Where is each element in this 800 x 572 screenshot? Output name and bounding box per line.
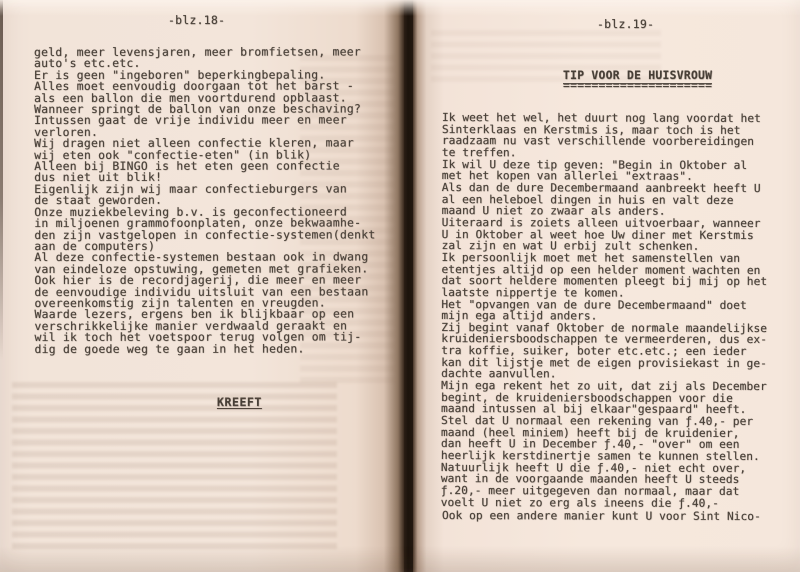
page-left-body-text: geld, meer levensjaren, meer bromfietsen… [34, 46, 376, 355]
page-left: -blz.18- geld, meer levensjaren, meer br… [0, 0, 404, 572]
book-gutter-shadow [404, 0, 413, 572]
page-number-left: -blz.18- [168, 13, 225, 27]
page-right-body-text: Ik weet het wel, het duurt nog lang voor… [441, 112, 768, 509]
page-right: -blz.19- TIP VOOR DE HUISVROUW =========… [413, 0, 800, 572]
page-left-edge-shadow [0, 0, 3, 360]
ink-bleedthrough-bottom [12, 382, 337, 554]
page-bottom-shading [0, 546, 404, 572]
page-number-right: -blz.19- [597, 17, 654, 31]
scanned-book-spread: -blz.18- geld, meer levensjaren, meer br… [0, 0, 800, 572]
section-heading-kreeft: KREEFT [217, 395, 262, 409]
article-title-underline: ===================== [563, 80, 712, 90]
page-bottom-shading [413, 546, 800, 572]
page-right-last-line: Ook op een andere manier kunt U voor Sin… [442, 509, 761, 523]
